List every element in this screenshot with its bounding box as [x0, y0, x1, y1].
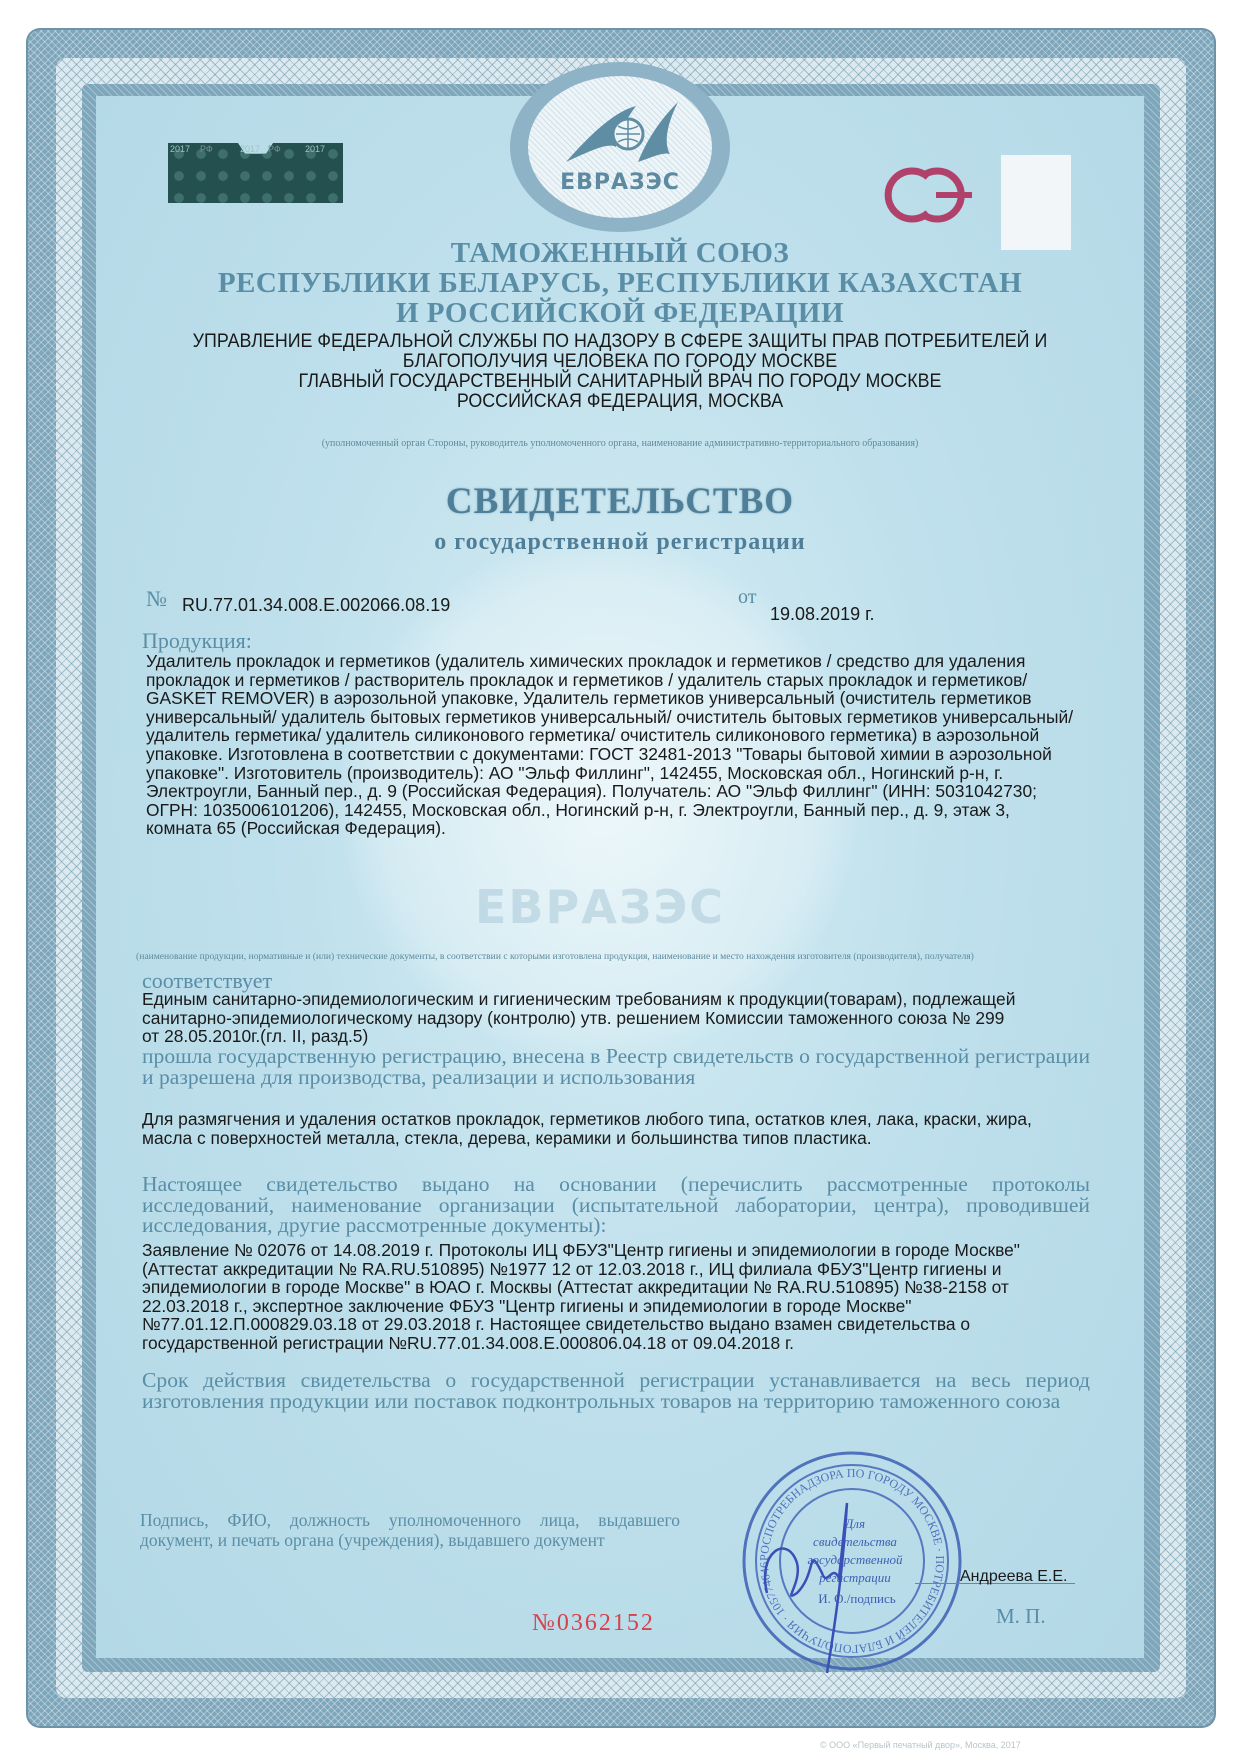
- watermark-text: ЕВРАЗЭС: [450, 880, 750, 934]
- product-caption: (наименование продукции, нормативные и (…: [136, 951, 1116, 962]
- authority-caption: (уполномоченный орган Стороны, руководит…: [120, 438, 1120, 449]
- date-label: от: [738, 586, 756, 609]
- hologram-year: 2017: [170, 144, 190, 154]
- se-conformity-mark-icon: [880, 165, 990, 225]
- basis-text: Заявление № 02076 от 14.08.2019 г. Прото…: [142, 1241, 1062, 1353]
- eurasec-emblem: ЕВРАЗЭС: [510, 62, 730, 232]
- usage-text: Для размягчения и удаления остатков прок…: [142, 1110, 1062, 1147]
- printer-footer: © ООО «Первый печатный двор», Москва, 20…: [820, 1740, 1021, 1750]
- svg-text:И. О./подпись: И. О./подпись: [818, 1591, 896, 1606]
- signature-note: Подпись, ФИО, должность уполномоченного …: [140, 1510, 680, 1550]
- eurasec-label: ЕВРАЗЭС: [510, 170, 730, 195]
- eurasec-emblem-icon: [558, 92, 682, 172]
- svg-text:государственной: государственной: [807, 1552, 903, 1567]
- product-description: Удалитель прокладок и герметиков (удалит…: [146, 652, 1078, 838]
- conformity-text: Единым санитарно-эпидемиологическим и ги…: [142, 990, 1022, 1046]
- serial-number: №0362152: [532, 1610, 655, 1637]
- svg-text:свидетельства: свидетельства: [813, 1534, 897, 1549]
- validity-text: Срок действия свидетельства о государств…: [142, 1370, 1090, 1411]
- number-label: №: [146, 586, 167, 612]
- customs-union-heading: ТАМОЖЕННЫЙ СОЮЗ РЕСПУБЛИКИ БЕЛАРУСЬ, РЕС…: [120, 238, 1120, 328]
- hologram-mark: РФ: [268, 144, 281, 154]
- svg-text:РОСПОТРЕБНАДЗОРА ПО ГОРОДУ МОС: РОСПОТРЕБНАДЗОРА ПО ГОРОДУ МОСКВЕ · ПОТР…: [727, 1443, 947, 1656]
- registration-date: 19.08.2019 г.: [770, 604, 874, 625]
- document-title: СВИДЕТЕЛЬСТВО: [120, 480, 1120, 523]
- issuing-authority: УПРАВЛЕНИЕ ФЕДЕРАЛЬНОЙ СЛУЖБЫ ПО НАДЗОРУ…: [150, 332, 1090, 412]
- seal-place-mark: М. П.: [996, 1604, 1046, 1629]
- official-seal-stamp: РОСПОТРЕБНАДЗОРА ПО ГОРОДУ МОСКВЕ · ПОТР…: [727, 1443, 987, 1673]
- hologram-year: 2017: [305, 144, 325, 154]
- basis-label: Настоящее свидетельство выдано на основа…: [142, 1174, 1090, 1236]
- hologram-mark: РФ: [200, 144, 213, 154]
- document-subtitle: о государственной регистрации: [120, 529, 1120, 556]
- signer-name: Андреева Е.Е.: [960, 1568, 1067, 1586]
- hologram-year: 2017: [240, 144, 260, 154]
- registration-status: прошла государственную регистрацию, внес…: [142, 1046, 1090, 1087]
- registration-number: RU.77.01.34.008.E.002066.08.19: [182, 595, 450, 616]
- blank-patch: [1001, 155, 1071, 250]
